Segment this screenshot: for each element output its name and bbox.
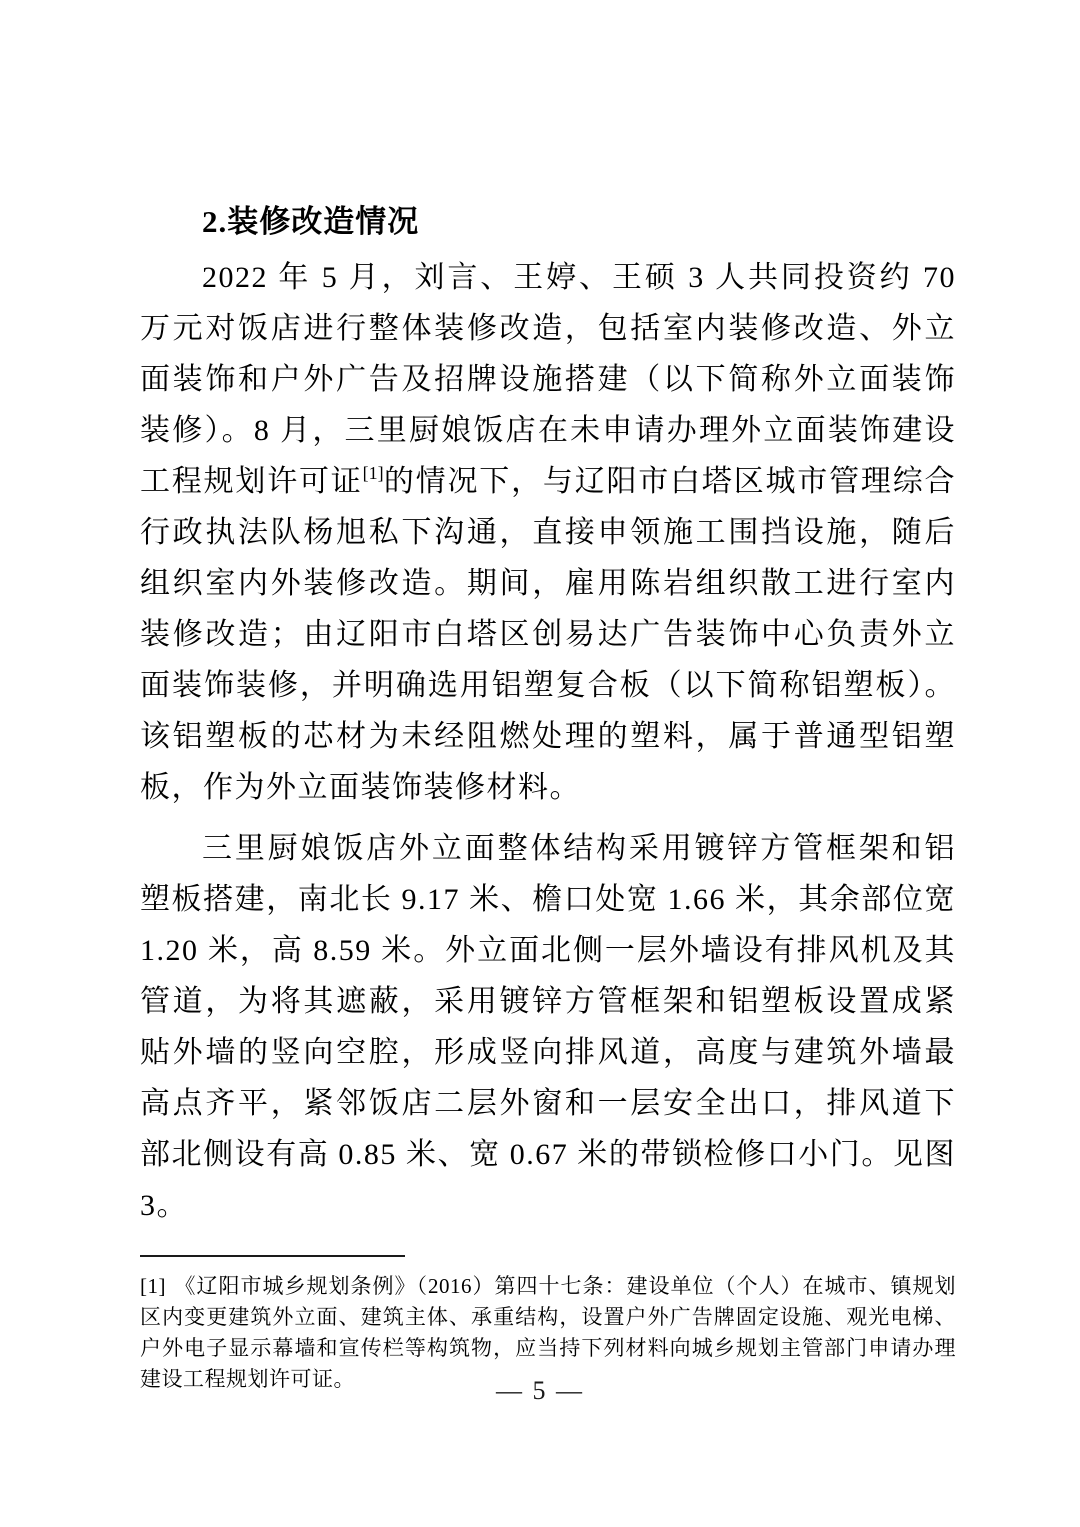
footnote-area: [1]《辽阳市城乡规划条例》（2016）第四十七条：建设单位（个人）在城市、镇规… bbox=[140, 1255, 956, 1395]
footnote-marker: [1] bbox=[140, 1274, 166, 1298]
section-heading: 2.装修改造情况 bbox=[140, 196, 956, 247]
paragraph-1-text-after-footnote-ref: 的情况下，与辽阳市白塔区城市管理综合行政执法队杨旭私下沟通，直接申领施工围挡设施… bbox=[140, 465, 956, 804]
page-number: — 5 — bbox=[0, 1376, 1080, 1406]
paragraph-1-text-before-footnote-ref: 2022 年 5 月，刘言、王婷、王硕 3 人共同投资约 70 万元对饭店进行整… bbox=[140, 261, 956, 498]
paragraph-2: 三里厨娘饭店外立面整体结构采用镀锌方管框架和铝塑板搭建，南北长 9.17 米、檐… bbox=[140, 823, 956, 1231]
footnote-divider bbox=[140, 1255, 405, 1257]
document-page: 2.装修改造情况 2022 年 5 月，刘言、王婷、王硕 3 人共同投资约 70… bbox=[0, 0, 1080, 1527]
footnote-body: 《辽阳市城乡规划条例》（2016）第四十七条：建设单位（个人）在城市、镇规划区内… bbox=[140, 1274, 956, 1391]
page-content: 2.装修改造情况 2022 年 5 月，刘言、王婷、王硕 3 人共同投资约 70… bbox=[140, 196, 956, 1231]
footnote-reference: [1] bbox=[363, 463, 384, 483]
paragraph-1: 2022 年 5 月，刘言、王婷、王硕 3 人共同投资约 70 万元对饭店进行整… bbox=[140, 252, 956, 813]
